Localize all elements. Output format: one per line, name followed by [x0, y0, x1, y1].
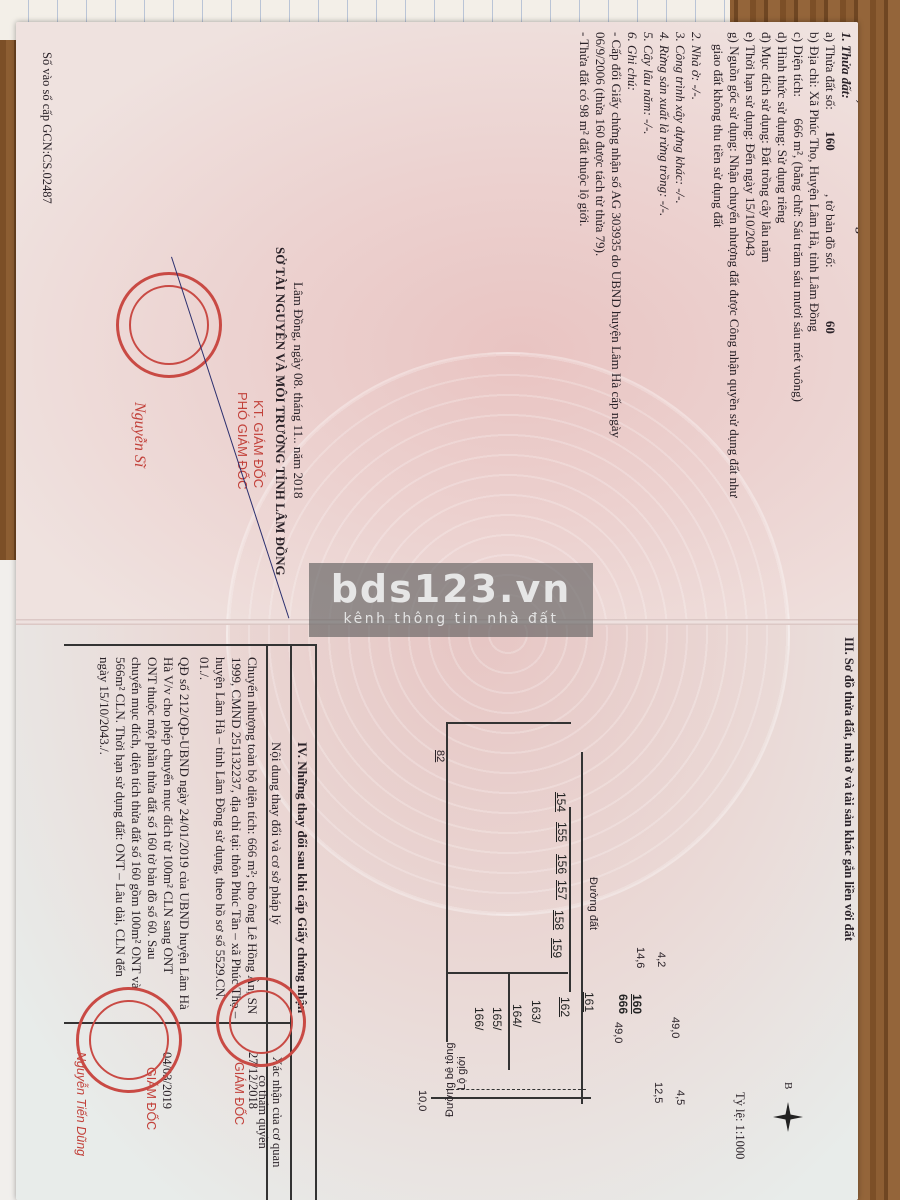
dim-10-0: 10,0	[416, 1090, 428, 1111]
section2-heading: II. Thửa đất, nhà ở và tài sản khác gắn …	[854, 32, 858, 313]
parcel-line-top	[446, 722, 571, 724]
forest-line: 4. Rừng sản xuất là rừng trồng: -/-.	[656, 32, 672, 216]
entry-2-line-5: 566m² CLN. Thời hạn sử dụng đất: ONT – L…	[112, 657, 128, 977]
road-edge-right	[581, 752, 583, 1104]
registry-number: Số vào sổ cấp GCN:CS.02487	[39, 52, 54, 204]
map-sheet-number: 60	[823, 321, 838, 334]
entry-2-line-1: QĐ số 212/QĐ-UBND ngày 24/01/2019 của UB…	[176, 657, 192, 1010]
usage-form-line: d) Hình thức sử dụng: Sử dụng riêng	[774, 32, 790, 223]
address-line: b) Địa chỉ: Xã Phúc Thọ, Huyện Lâm Hà, t…	[806, 32, 822, 332]
parcel-154: 154	[554, 792, 568, 812]
dim-14-6: 14,6	[634, 947, 646, 968]
note-1b: 06/9/2006 (thửa 160 được tách từ thửa 79…	[592, 32, 608, 256]
road-edge-left	[569, 807, 571, 992]
note-1: - Cấp đổi Giấy chứng nhận số AG 303935 d…	[608, 32, 624, 438]
parcel-158: 158	[552, 910, 566, 930]
issue-date: Lâm Đồng, ngày 08. tháng 11.. năm 2018	[290, 282, 306, 499]
entry-2-line-3: ONT thuộc một phần thửa đất số 160 tờ bả…	[144, 657, 160, 960]
parcel-156: 156	[555, 854, 569, 874]
signer-kt: KT. GIÁM ĐỐC	[251, 400, 266, 488]
neighbor-parcel-82: 82	[434, 750, 446, 762]
section3-heading: III. Sơ đồ thửa đất, nhà ở và tài sản kh…	[841, 637, 856, 941]
watermark-banner: bds123.vn kênh thông tin nhà đất	[309, 563, 593, 637]
table-border-top	[64, 644, 316, 646]
parcel-166: 166/	[472, 1007, 486, 1030]
map-sheet-label: , tờ bản đồ số:	[823, 194, 838, 268]
parcel-160: 160	[630, 994, 644, 1014]
dim-49-0-a: 49,0	[669, 1017, 681, 1038]
watermark-title: bds123.vn	[309, 567, 593, 611]
parcel-160-area: 666	[616, 994, 630, 1014]
area-label: c) Diện tích:	[791, 32, 806, 97]
entry-1-line-2: 1999, CMND 251132237, địa chỉ tại: thôn …	[228, 657, 244, 1018]
usage-term-line: e) Thời hạn sử dụng: Đến ngày 15/10/2043	[742, 32, 758, 256]
dim-4-5: 4,5	[674, 1090, 686, 1105]
parcel-heading: 1. Thửa đất:	[838, 32, 854, 99]
parcel-155: 155	[555, 822, 569, 842]
usage-origin-line-2: giao đất không thu tiền sử dụng đất	[710, 44, 726, 228]
entry-2-line-2: Hà V/v cho phép chuyển mục đích từ 100m²…	[160, 657, 176, 974]
parcel-back-edge	[446, 722, 448, 1042]
issuing-agency: SỞ TÀI NGUYÊN VÀ MÔI TRƯỜNG TỈNH LÂM ĐỒN…	[272, 247, 288, 576]
usage-purpose-line: đ) Mục đích sử dụng: Đất trồng cây lâu n…	[758, 32, 774, 263]
entry-2-seal	[76, 987, 182, 1093]
entry-2-line-4: chuyển mục đích, diện tích thửa đất số 1…	[128, 657, 144, 989]
entry-1-seal	[216, 977, 306, 1067]
north-arrow-icon	[773, 1102, 803, 1132]
entry-1-line-4: 01./.	[196, 657, 212, 680]
area-line: c) Diện tích: 666 m², (bằng chữ: Sáu tră…	[790, 32, 806, 402]
dim-4-2: 4,2	[655, 952, 667, 967]
entry-1-confirm-role: GIÁM ĐỐC	[232, 1062, 246, 1125]
entry-1-line-1: Chuyển nhượng toàn bộ diện tích: 666 m²;…	[244, 657, 260, 1014]
parcel-161: 161	[582, 992, 596, 1012]
parcel-165: 165/	[490, 1007, 504, 1030]
signer-name: Nguyễn Sĩ	[130, 402, 148, 467]
section4-heading: IV. Những thay đổi sau khi cấp Giấy chứn…	[294, 742, 310, 1013]
entry-2-line-6: ngày 15/10/2043./.	[96, 657, 112, 755]
usage-origin-line: g) Nguồn gốc sử dụng: Nhận chuyển nhượng…	[726, 32, 742, 498]
other-works-line: 3. Công trình xây dựng khác: -/-.	[672, 32, 688, 204]
parcel-number-line: a) Thửa đất số: 160 , tờ bản đồ số: 60	[822, 32, 838, 334]
table-border-right	[315, 644, 317, 1200]
road-dirt-label: Đường đất	[587, 877, 599, 930]
table-header-changes: Nội dung thay đổi và cơ sở pháp lý	[268, 742, 284, 925]
table-header-confirmation: Xác nhận của cơ quan có thẩm quyền	[256, 1052, 284, 1172]
parcel-163: 163/	[529, 1000, 543, 1023]
perennial-line: 5. Cây lâu năm: -/-.	[640, 32, 656, 135]
table-border-header	[290, 644, 292, 1200]
parcel-number: 160	[823, 131, 838, 151]
notes-heading: 6. Ghi chú:	[624, 32, 640, 91]
parcel-162: 162	[558, 997, 572, 1017]
road-concrete-label: Đường bê tông	[444, 1042, 456, 1117]
north-label: B	[782, 1082, 794, 1089]
parcel-157: 157	[555, 880, 569, 900]
parcel-159: 159	[550, 938, 564, 958]
note-2: - Thửa đất có 98 m² đất thuộc lộ giới.	[576, 32, 592, 227]
dim-49-0-b: 49,0	[612, 1022, 624, 1043]
entry-1-line-3: huyện Lâm Hà – tỉnh Lâm Đồng sử dụng, th…	[212, 657, 228, 1000]
dim-12-5: 12,5	[652, 1082, 664, 1103]
area-value: 666 m², (bằng chữ: Sáu trăm sáu mươi sáu…	[791, 118, 806, 402]
scale-label: Tỷ lệ: 1:1000	[732, 1092, 747, 1159]
parcel-label: a) Thửa đất số:	[823, 32, 838, 110]
setback-label: Lộ giới	[456, 1056, 468, 1090]
house-line: 2. Nhà ở: -/-.	[688, 32, 704, 100]
watermark-subtitle: kênh thông tin nhà đất	[309, 611, 593, 627]
parcel-164: 164/	[510, 1004, 524, 1027]
